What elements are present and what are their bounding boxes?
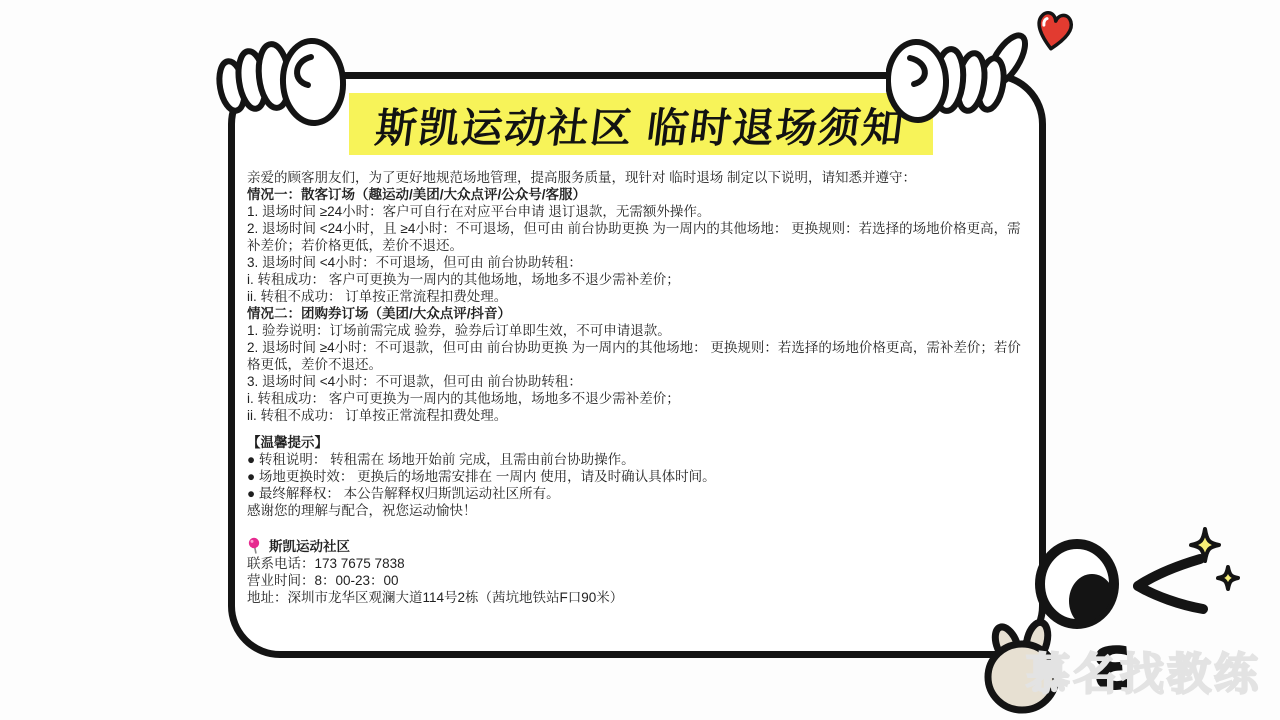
- right-hand-icon: [886, 18, 1044, 136]
- tips-block: 【温馨提示】 ● 转租说明： 转租需在 场地开始前 完成，且需由前台协助操作。 …: [247, 434, 1025, 519]
- section2-heading: 情况二：团购券订场（美团/大众点评/抖音）: [247, 305, 1025, 322]
- section1-heading: 情况一：散客订场（趣运动/美团/大众点评/公众号/客服）: [247, 186, 1025, 203]
- left-hand-icon: [214, 22, 356, 136]
- contact-name-row: 斯凯运动社区: [247, 537, 1025, 555]
- contact-hours: 营业时间：8：00-23：00: [247, 572, 1025, 589]
- location-pin-icon: [247, 537, 262, 555]
- heart-icon: [1030, 6, 1078, 56]
- tips-line-2: ● 场地更换时效： 更换后的场地需安排在 一周内 使用，请及时确认具体时间。: [247, 468, 1025, 485]
- title-banner: 斯凯运动社区 临时退场须知: [349, 93, 933, 155]
- section2-line-1: 1. 验券说明：订场前需完成 验券，验券后订单即生效，不可申请退款。: [247, 322, 1025, 339]
- tips-line-3: ● 最终解释权： 本公告解释权归斯凯运动社区所有。: [247, 485, 1025, 502]
- section1-line-1: 1. 退场时间 ≥24小时：客户可自行在对应平台申请 退订退款，无需额外操作。: [247, 203, 1025, 220]
- section1-line-2: 2. 退场时间 <24小时，且 ≥4小时：不可退场，但可由 前台协助更换 为一周…: [247, 220, 1025, 254]
- notice-card: 斯凯运动社区 临时退场须知 亲爱的顾客朋友们，为了更好地规范场地管理，提高服务质…: [228, 72, 1046, 658]
- section2-line-3: 3. 退场时间 <4小时：不可退款，但可由 前台协助转租：: [247, 373, 1025, 390]
- section1-line-4: i. 转租成功： 客户可更换为一周内的其他场地，场地多不退少需补差价；: [247, 271, 1025, 288]
- section2-line-4: i. 转租成功： 客户可更换为一周内的其他场地，场地多不退少需补差价；: [247, 390, 1025, 407]
- contact-block: 斯凯运动社区 联系电话：173 7675 7838 营业时间：8：00-23：0…: [247, 537, 1025, 606]
- contact-phone: 联系电话：173 7675 7838: [247, 555, 1025, 572]
- tips-heading: 【温馨提示】: [247, 434, 1025, 451]
- contact-address: 地址：深圳市龙华区观澜大道114号2栋（茜坑地铁站F口90米）: [247, 589, 1025, 606]
- section1-line-3: 3. 退场时间 <4小时：不可退场，但可由 前台协助转租：: [247, 254, 1025, 271]
- poster-background: 斯凯运动社区 临时退场须知 亲爱的顾客朋友们，为了更好地规范场地管理，提高服务质…: [0, 0, 1280, 720]
- section2-line-5: ii. 转租不成功： 订单按正常流程扣费处理。: [247, 407, 1025, 424]
- contact-name: 斯凯运动社区: [269, 538, 350, 555]
- open-eye-icon: [1040, 544, 1115, 628]
- section1-line-5: ii. 转租不成功： 订单按正常流程扣费处理。: [247, 288, 1025, 305]
- watermark-text: 慕名找教练: [1026, 638, 1261, 702]
- section2-line-2: 2. 退场时间 ≥4小时：不可退款，但可由 前台协助更换 为一周内的其他场地： …: [247, 339, 1025, 373]
- wink-eye-icon: [1138, 559, 1203, 609]
- notice-body: 亲爱的顾客朋友们，为了更好地规范场地管理，提高服务质量，现针对 临时退场 制定以…: [247, 169, 1025, 606]
- tips-line-1: ● 转租说明： 转租需在 场地开始前 完成，且需由前台协助操作。: [247, 451, 1025, 468]
- intro-text: 亲爱的顾客朋友们，为了更好地规范场地管理，提高服务质量，现针对 临时退场 制定以…: [247, 169, 1025, 186]
- page-title: 斯凯运动社区 临时退场须知: [373, 95, 910, 154]
- thanks-line: 感谢您的理解与配合，祝您运动愉快！: [247, 502, 1025, 519]
